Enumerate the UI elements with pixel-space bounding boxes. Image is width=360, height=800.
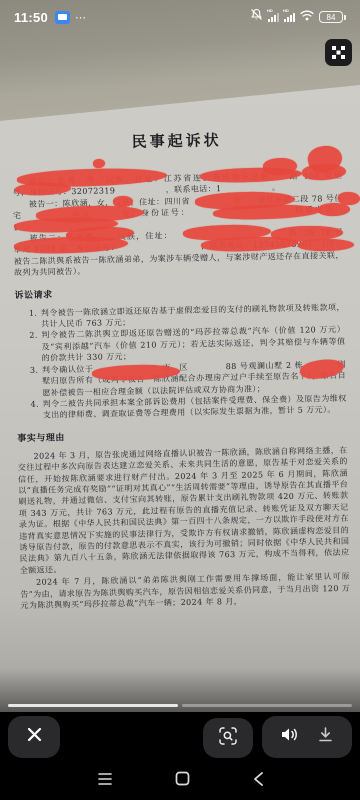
document-photo[interactable]: 民事起诉状 原告：张虎，男，汉族，住址：江苏省连云港市南州区朝 路 158 号星… [0, 0, 360, 712]
speaker-button[interactable] [280, 726, 299, 748]
document-title: 民事起诉状 [11, 127, 341, 154]
pixel-expand-icon[interactable] [325, 39, 352, 66]
recents-button[interactable] [97, 772, 113, 791]
facts-heading: 事实与理由 [17, 425, 347, 444]
clock: 11:50 [14, 10, 48, 25]
defendant2-paragraph: 被告二：陈洪舆， ，汉族，住址： 路二段 78 号 单元 1203 室，身份证号… [13, 227, 344, 279]
phone-screen: 民事起诉状 原告：张虎，男，汉族，住址：江苏省连云港市南州区朝 路 158 号星… [0, 0, 360, 800]
scroll-indicator[interactable] [0, 704, 360, 707]
paper-sheet: 民事起诉状 原告：张虎，男，汉族，住址：江苏省连云港市南州区朝 路 158 号星… [0, 84, 360, 712]
mute-bell-icon [250, 8, 263, 26]
wifi-icon [300, 8, 314, 26]
scroll-indicator-track [182, 704, 352, 707]
facts-section: 2024 年 3 月，原告张虎通过网络直播认识被告一陈欣涵，陈欣涵自称网络主播，… [18, 445, 351, 612]
audio-download-group [262, 716, 352, 758]
more-notifications-icon: ⋯ [75, 11, 87, 24]
signal-sim2-icon: HD [284, 12, 295, 22]
claim-item: 4. 判令二被告共同承担本案全部诉讼费用（包括案件受理费、保全费）及原告为维权支… [31, 393, 347, 422]
download-button[interactable] [317, 726, 334, 748]
lens-search-button[interactable] [203, 718, 253, 758]
facts-paragraph: 2024 年 3 月，原告张虎通过网络直播认识被告一陈欣涵，陈欣涵自称网络主播，… [18, 445, 350, 577]
lens-scan-icon [218, 726, 238, 751]
home-button[interactable] [175, 771, 190, 791]
viewer-toolbar [0, 712, 360, 762]
close-icon [26, 726, 43, 748]
battery-icon: 84 [319, 11, 346, 23]
android-nav-bar [0, 762, 360, 800]
back-button[interactable] [252, 771, 264, 792]
message-app-icon [55, 11, 70, 24]
close-button[interactable] [8, 716, 60, 758]
facts-paragraph: 2024 年 7 月，陈欣涵以“弟弟陈洪舆刚工作需要用车撑场面，能让家里认可原告… [20, 571, 351, 612]
scroll-indicator-active [8, 704, 178, 707]
claims-heading: 诉讼请求 [14, 282, 344, 301]
claims-list: 1. 判令被告一陈欣涵立即返还原告基于虚假恋爱目的支付的刷礼物款项及转账款项，共… [29, 302, 347, 422]
signal-sim1-icon: HD [268, 12, 279, 22]
status-bar: 11:50 ⋯ HD HD 84 [0, 0, 360, 34]
legal-document: 民事起诉状 原告：张虎，男，汉族，住址：江苏省连云港市南州区朝 路 158 号星… [11, 127, 350, 613]
battery-percent: 84 [319, 11, 343, 23]
